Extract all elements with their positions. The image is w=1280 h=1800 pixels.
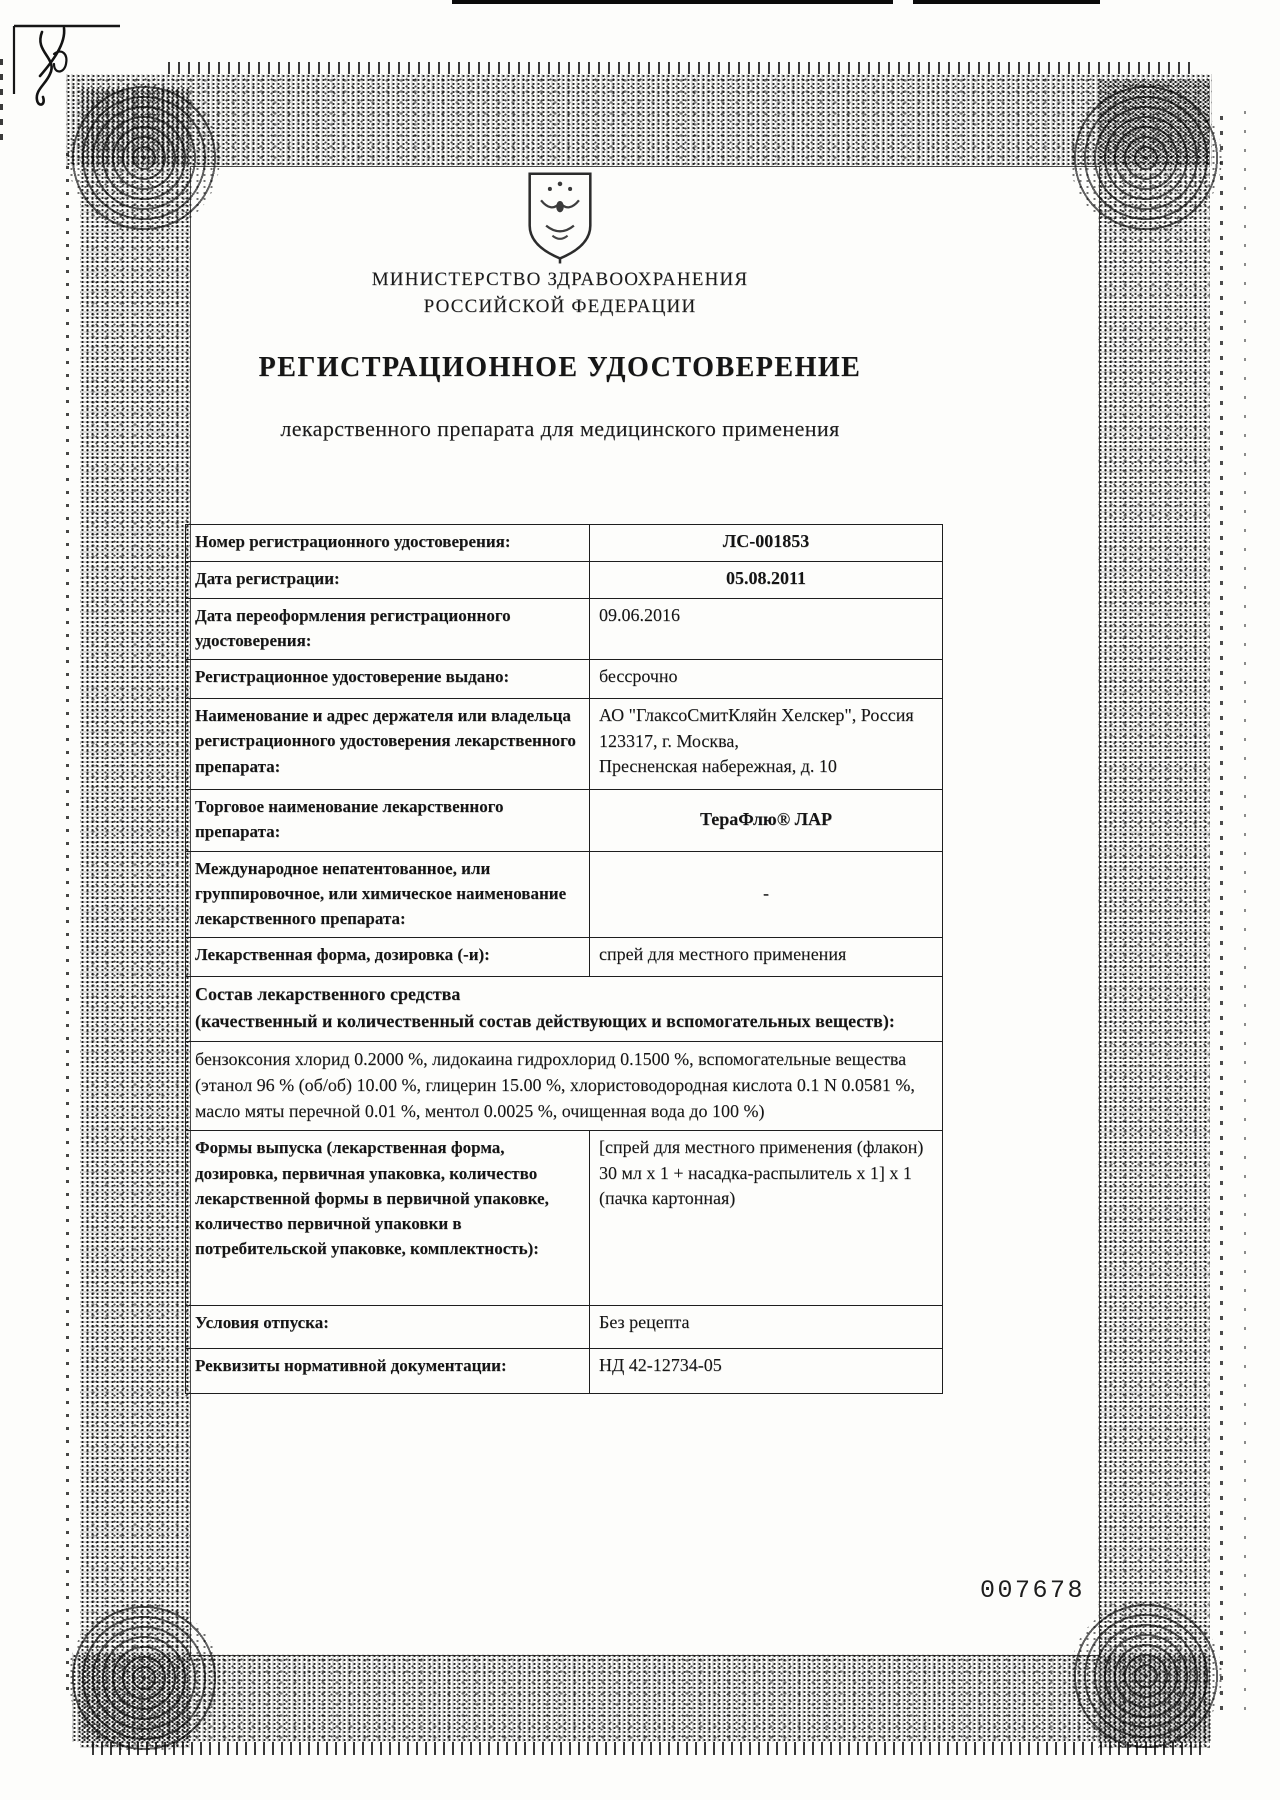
field-label-release-forms: Формы выпуска (лекарственная форма, дози… (186, 1131, 590, 1306)
scan-edge-line (452, 0, 1120, 4)
scan-left-marks (0, 50, 3, 140)
table-row: Лекарственная форма, дозировка (-и): спр… (186, 938, 943, 977)
field-value-validity: бессрочно (590, 660, 943, 699)
field-label-dosage-form: Лекарственная форма, дозировка (-и): (186, 938, 590, 977)
table-row: Торговое наименование лекарственного пре… (186, 790, 943, 851)
field-value-dispensing: Без рецепта (590, 1306, 943, 1349)
table-row: Формы выпуска (лекарственная форма, дози… (186, 1131, 943, 1306)
frame-fringe-top (168, 62, 1198, 74)
field-label-reg-date: Дата регистрации: (186, 562, 590, 599)
registration-table: Номер регистрационного удостоверения: ЛС… (185, 524, 943, 1394)
field-value-release-forms: [спрей для местного применения (флакон) … (590, 1131, 943, 1306)
field-value-trade-name: ТераФлю® ЛАР (590, 790, 943, 851)
field-value-normative-docs: НД 42-12734-05 (590, 1349, 943, 1394)
table-row: Условия отпуска: Без рецепта (186, 1306, 943, 1349)
field-value-inn: - (590, 851, 943, 937)
field-label-reg-number: Номер регистрационного удостоверения: (186, 525, 590, 562)
table-row: Состав лекарственного средства (качестве… (186, 977, 943, 1042)
frame-fringe-left (64, 150, 75, 1690)
table-row: бензоксония хлорид 0.2000 %, лидокаина г… (186, 1042, 943, 1131)
scanned-certificate-page: МИНИСТЕРСТВО ЗДРАВООХРАНЕНИЯ РОССИЙСКОЙ … (0, 0, 1280, 1800)
ministry-line1: МИНИСТЕРСТВО ЗДРАВООХРАНЕНИЯ (200, 266, 920, 293)
frame-band-left (80, 88, 190, 1748)
field-value-holder: АО "ГлаксоСмитКляйн Хелскер", Россия 123… (590, 699, 943, 790)
frame-band-bottom (72, 1654, 1212, 1742)
field-label-inn: Международное непатентованное, или групп… (186, 851, 590, 937)
document-subtitle: лекарственного препарата для медицинског… (190, 416, 930, 442)
frame-band-right (1098, 80, 1210, 1748)
field-label-normative-docs: Реквизиты нормативной документации: (186, 1349, 590, 1394)
field-value-dosage-form: спрей для местного применения (590, 938, 943, 977)
field-value-reg-number: ЛС-001853 (590, 525, 943, 562)
ministry-name: МИНИСТЕРСТВО ЗДРАВООХРАНЕНИЯ РОССИЙСКОЙ … (200, 266, 920, 320)
field-value-reissue-date: 09.06.2016 (590, 599, 943, 660)
frame-fringe-right (1216, 110, 1256, 1710)
field-label-holder: Наименование и адрес держателя или владе… (186, 699, 590, 790)
table-row: Международное непатентованное, или групп… (186, 851, 943, 937)
table-row: Реквизиты нормативной документации: НД 4… (186, 1349, 943, 1394)
table-row: Наименование и адрес держателя или владе… (186, 699, 943, 790)
frame-band-top (66, 74, 1212, 166)
form-serial-number: 007678 (980, 1576, 1085, 1605)
document-title: РЕГИСТРАЦИОННОЕ УДОСТОВЕРЕНИЕ (200, 352, 920, 384)
table-row: Дата переоформления регистрационного удо… (186, 599, 943, 660)
table-row: Дата регистрации: 05.08.2011 (186, 562, 943, 599)
ministry-line2: РОССИЙСКОЙ ФЕДЕРАЦИИ (200, 293, 920, 320)
field-label-trade-name: Торговое наименование лекарственного пре… (186, 790, 590, 851)
table-row: Номер регистрационного удостоверения: ЛС… (186, 525, 943, 562)
field-label-reissue-date: Дата переоформления регистрационного удо… (186, 599, 590, 660)
field-label-validity: Регистрационное удостоверение выдано: (186, 660, 590, 699)
frame-fringe-bottom (92, 1742, 1208, 1755)
field-label-composition-header: Состав лекарственного средства (качестве… (186, 977, 943, 1042)
field-label-dispensing: Условия отпуска: (186, 1306, 590, 1349)
russia-coat-of-arms-icon (522, 170, 598, 266)
field-value-reg-date: 05.08.2011 (590, 562, 943, 599)
field-value-composition: бензоксония хлорид 0.2000 %, лидокаина г… (186, 1042, 943, 1131)
table-row: Регистрационное удостоверение выдано: бе… (186, 660, 943, 699)
